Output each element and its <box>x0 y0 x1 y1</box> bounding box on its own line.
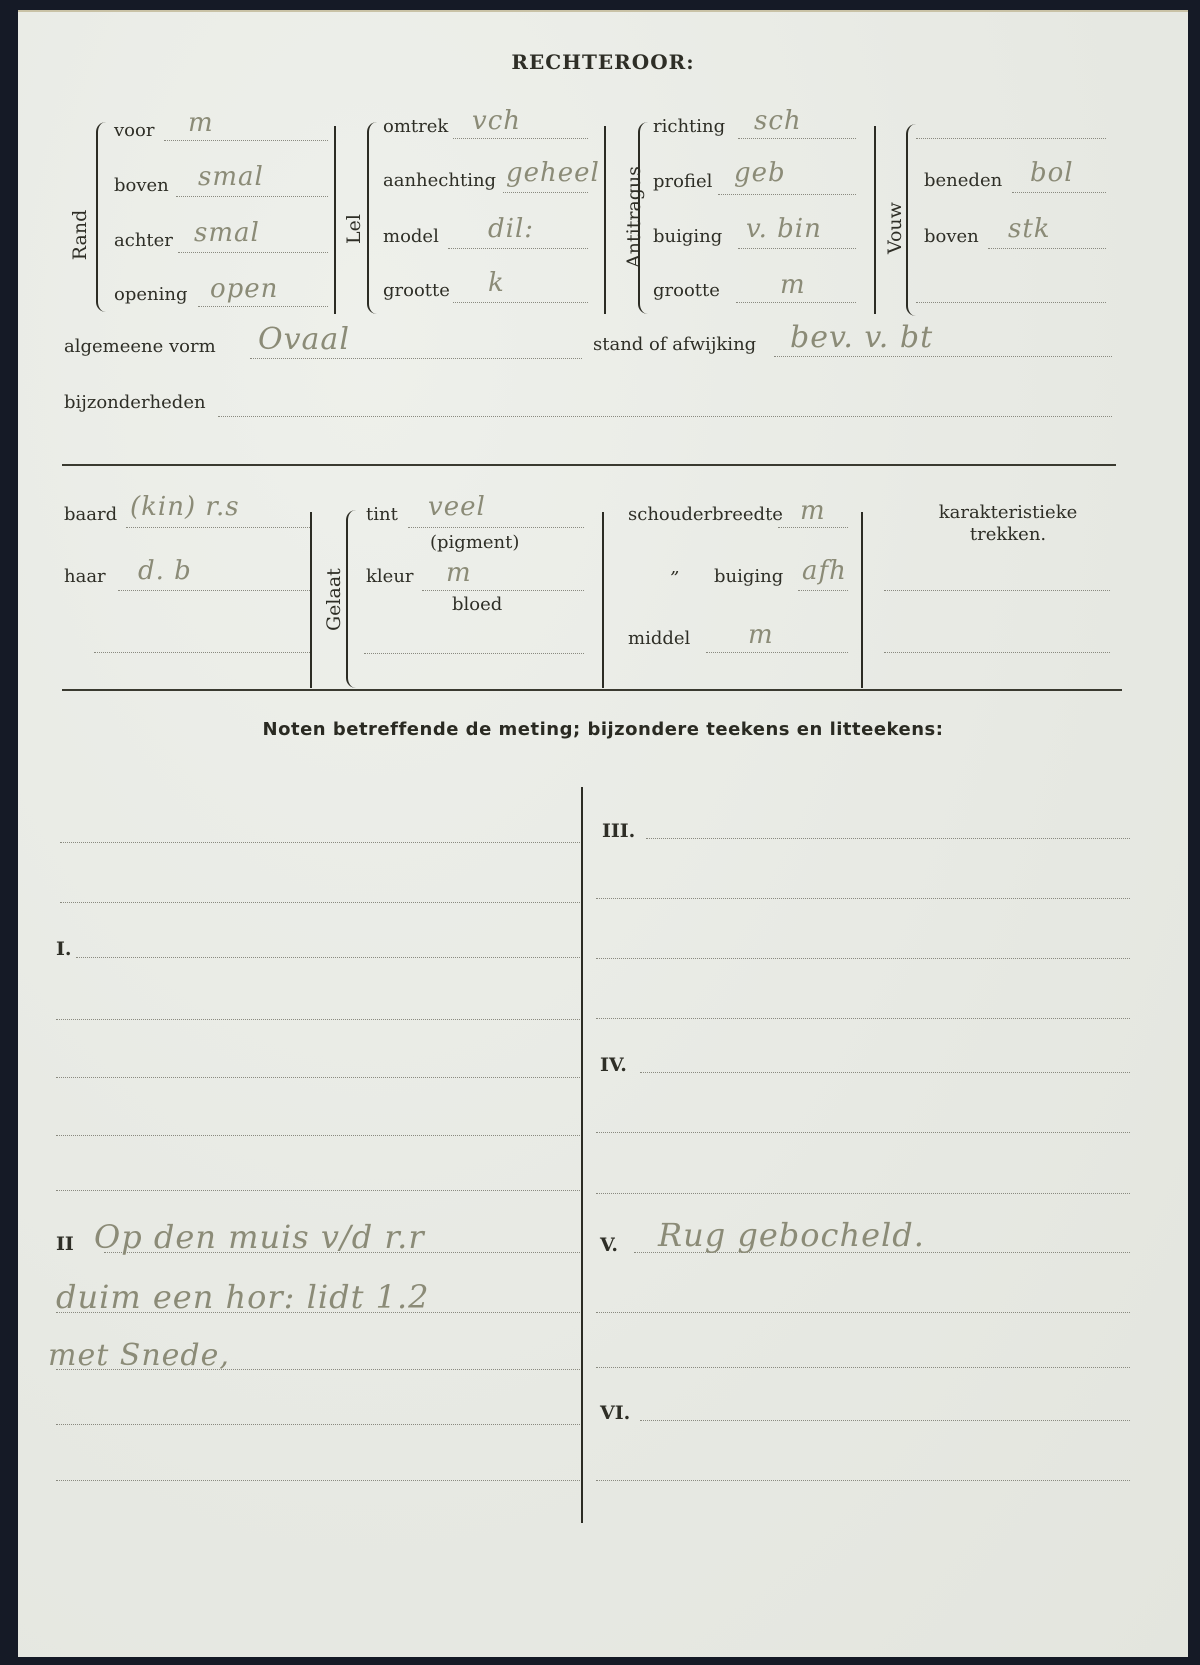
schouder-buiging-ditto: ” <box>670 568 679 589</box>
karakteristieke-line2: trekken. <box>898 524 1118 546</box>
vouw-boven-label: boven <box>924 226 979 247</box>
notes-left-line-2[interactable] <box>60 902 580 903</box>
lel-brace-icon <box>367 122 379 314</box>
lel-aanhechting-value: geheel <box>506 158 600 188</box>
notes-numeral-ii: II <box>56 1233 74 1255</box>
middel-label: middel <box>628 628 690 649</box>
lel-aanhechting-field[interactable] <box>503 192 588 193</box>
rand-voor-value: m <box>188 108 214 138</box>
lel-omtrek-field[interactable] <box>453 138 588 139</box>
bijzonderheden-field[interactable] <box>218 416 1112 417</box>
antitragus-grootte-label: grootte <box>653 280 720 301</box>
algemeene-vorm-value: Ovaal <box>258 322 350 357</box>
notes-right-line-2[interactable] <box>596 898 1130 899</box>
tint-sublabel: (pigment) <box>430 532 519 553</box>
divider-rand-lel <box>334 126 336 314</box>
vouw-brace-icon <box>906 124 918 316</box>
baard-value: (kin) r.s <box>130 492 240 522</box>
notes-right-line-4[interactable] <box>596 1018 1130 1019</box>
notes-section-i-line[interactable] <box>76 957 580 958</box>
lel-omtrek-value: vch <box>472 106 521 136</box>
antitragus-profiel-value: geb <box>734 158 786 188</box>
kleur-label: kleur <box>366 566 414 587</box>
divider-hair-gelaat <box>310 512 312 688</box>
notes-title: Noten betreffende de meting; bijzondere … <box>18 719 1188 740</box>
notes-right-line-7[interactable] <box>596 1193 1130 1194</box>
vouw-beneden-value: bol <box>1030 158 1074 188</box>
rand-achter-label: achter <box>114 230 173 251</box>
notes-numeral-iv: IV. <box>600 1054 627 1076</box>
antitragus-buiging-label: buiging <box>653 226 722 247</box>
bijzonderheden-label: bijzonderheden <box>64 392 206 413</box>
stand-of-afwijking-value: bev. v. bt <box>790 320 933 355</box>
schouderbreedte-value: m <box>800 496 826 526</box>
schouderbreedte-field[interactable] <box>778 527 848 528</box>
rand-achter-field[interactable] <box>178 252 328 253</box>
rand-opening-field[interactable] <box>198 306 328 307</box>
form-title: RECHTEROOR: <box>18 50 1188 74</box>
stand-of-afwijking-field[interactable] <box>774 356 1112 357</box>
group-label-lel: Lel <box>343 209 365 249</box>
notes-left-line-4[interactable] <box>56 1019 580 1020</box>
group-label-gelaat: Gelaat <box>323 571 345 631</box>
vouw-beneden-label: beneden <box>924 170 1002 191</box>
rand-voor-label: voor <box>114 120 154 141</box>
notes-left-line-11[interactable] <box>56 1424 580 1425</box>
police-record-card: RECHTEROOR: Rand voor m boven smal achte… <box>18 10 1188 1657</box>
divider-antitragus-vouw <box>874 126 876 314</box>
vouw-beneden-field[interactable] <box>1012 192 1106 193</box>
notes-left-line-1[interactable] <box>60 842 580 843</box>
haar-value: d. b <box>138 556 192 586</box>
lel-aanhechting-label: aanhechting <box>383 170 496 191</box>
lel-omtrek-label: omtrek <box>383 116 448 137</box>
tint-value: veel <box>428 492 486 522</box>
antitragus-richting-label: richting <box>653 116 725 137</box>
antitragus-grootte-field[interactable] <box>736 302 856 303</box>
notes-section-ii-text-2: duim een hor: lidt 1.2 <box>56 1278 430 1316</box>
schouder-buiging-value: afh <box>802 556 847 586</box>
lel-grootte-field[interactable] <box>453 302 588 303</box>
lel-grootte-label: grootte <box>383 280 450 301</box>
notes-numeral-i: I. <box>56 938 72 960</box>
notes-left-line-6[interactable] <box>56 1135 580 1136</box>
rand-opening-value: open <box>210 274 278 304</box>
gelaat-blank-field[interactable] <box>364 653 584 654</box>
karakteristieke-field-2[interactable] <box>884 652 1110 653</box>
vouw-boven-value: stk <box>1008 214 1051 244</box>
notes-section-v-text: Rug gebocheld. <box>658 1216 925 1254</box>
algemeene-vorm-label: algemeene vorm <box>64 336 216 357</box>
antitragus-brace-icon <box>638 122 650 314</box>
rand-achter-value: smal <box>194 218 260 248</box>
stand-of-afwijking-label: stand of afwijking <box>593 334 756 355</box>
notes-right-line-3[interactable] <box>596 958 1130 959</box>
lel-model-field[interactable] <box>448 248 588 249</box>
rand-voor-field[interactable] <box>164 140 328 141</box>
rand-boven-value: smal <box>198 162 264 192</box>
karakteristieke-line1: karakteristieke <box>898 502 1118 524</box>
rand-opening-label: opening <box>114 284 187 305</box>
notes-center-divider <box>581 787 583 1523</box>
karakteristieke-label: karakteristieke trekken. <box>898 502 1118 546</box>
group-label-vouw: Vouw <box>884 204 906 254</box>
notes-right-line-12[interactable] <box>596 1480 1130 1481</box>
notes-section-vi-line[interactable] <box>640 1420 1130 1421</box>
antitragus-profiel-label: profiel <box>653 171 712 192</box>
kleur-value: m <box>446 558 472 588</box>
kleur-sublabel: bloed <box>452 594 502 615</box>
notes-numeral-v: V. <box>600 1234 618 1256</box>
schouder-buiging-label: buiging <box>714 566 783 587</box>
haar-field[interactable] <box>118 590 310 591</box>
rand-boven-label: boven <box>114 175 169 196</box>
schouderbreedte-label: schouderbreedte <box>628 504 783 525</box>
antitragus-grootte-value: m <box>780 270 806 300</box>
rand-brace-icon <box>96 122 108 312</box>
antitragus-richting-value: sch <box>754 106 802 136</box>
vouw-blank-top-field[interactable] <box>916 138 1106 139</box>
middel-field[interactable] <box>706 652 848 653</box>
middel-value: m <box>748 620 774 650</box>
antitragus-richting-field[interactable] <box>738 138 856 139</box>
section-separator-top <box>62 464 1116 466</box>
tint-label: tint <box>366 504 398 525</box>
schouder-buiging-field[interactable] <box>798 590 848 591</box>
lel-model-label: model <box>383 226 439 247</box>
notes-left-line-5[interactable] <box>56 1077 580 1078</box>
group-label-rand: Rand <box>69 205 91 265</box>
vouw-boven-field[interactable] <box>988 248 1106 249</box>
notes-numeral-iii: III. <box>602 820 635 842</box>
gelaat-brace-icon <box>346 510 358 688</box>
notes-section-ii-text-3: met Snede, <box>48 1338 230 1373</box>
notes-numeral-vi: VI. <box>600 1402 630 1424</box>
antitragus-buiging-field[interactable] <box>738 248 856 249</box>
appearance-blank-field[interactable] <box>94 652 310 653</box>
notes-left-line-7[interactable] <box>56 1190 580 1191</box>
notes-right-line-10[interactable] <box>596 1367 1130 1368</box>
notes-left-line-12[interactable] <box>56 1480 580 1481</box>
tint-field[interactable] <box>408 527 584 528</box>
notes-right-line-9[interactable] <box>596 1312 1130 1313</box>
antitragus-profiel-field[interactable] <box>718 194 856 195</box>
notes-section-iii-line[interactable] <box>646 838 1130 839</box>
haar-label: haar <box>64 566 106 587</box>
lel-model-value: dil: <box>488 214 534 244</box>
rand-boven-field[interactable] <box>176 196 328 197</box>
notes-right-line-6[interactable] <box>596 1132 1130 1133</box>
divider-lel-antitragus <box>604 126 606 314</box>
divider-schouder-karakteristieke <box>861 512 863 688</box>
notes-section-ii-text-1: Op den muis v/d r.r <box>94 1218 425 1256</box>
baard-field[interactable] <box>126 527 310 528</box>
karakteristieke-field-1[interactable] <box>884 590 1110 591</box>
antitragus-buiging-value: v. bin <box>746 214 822 244</box>
section-separator-bottom <box>62 689 1122 691</box>
divider-gelaat-schouder <box>602 512 604 688</box>
kleur-field[interactable] <box>422 590 584 591</box>
vouw-blank-bottom-field[interactable] <box>916 302 1106 303</box>
lel-grootte-value: k <box>488 268 505 298</box>
notes-section-iv-line[interactable] <box>640 1072 1130 1073</box>
baard-label: baard <box>64 504 117 525</box>
algemeene-vorm-field[interactable] <box>250 358 582 359</box>
